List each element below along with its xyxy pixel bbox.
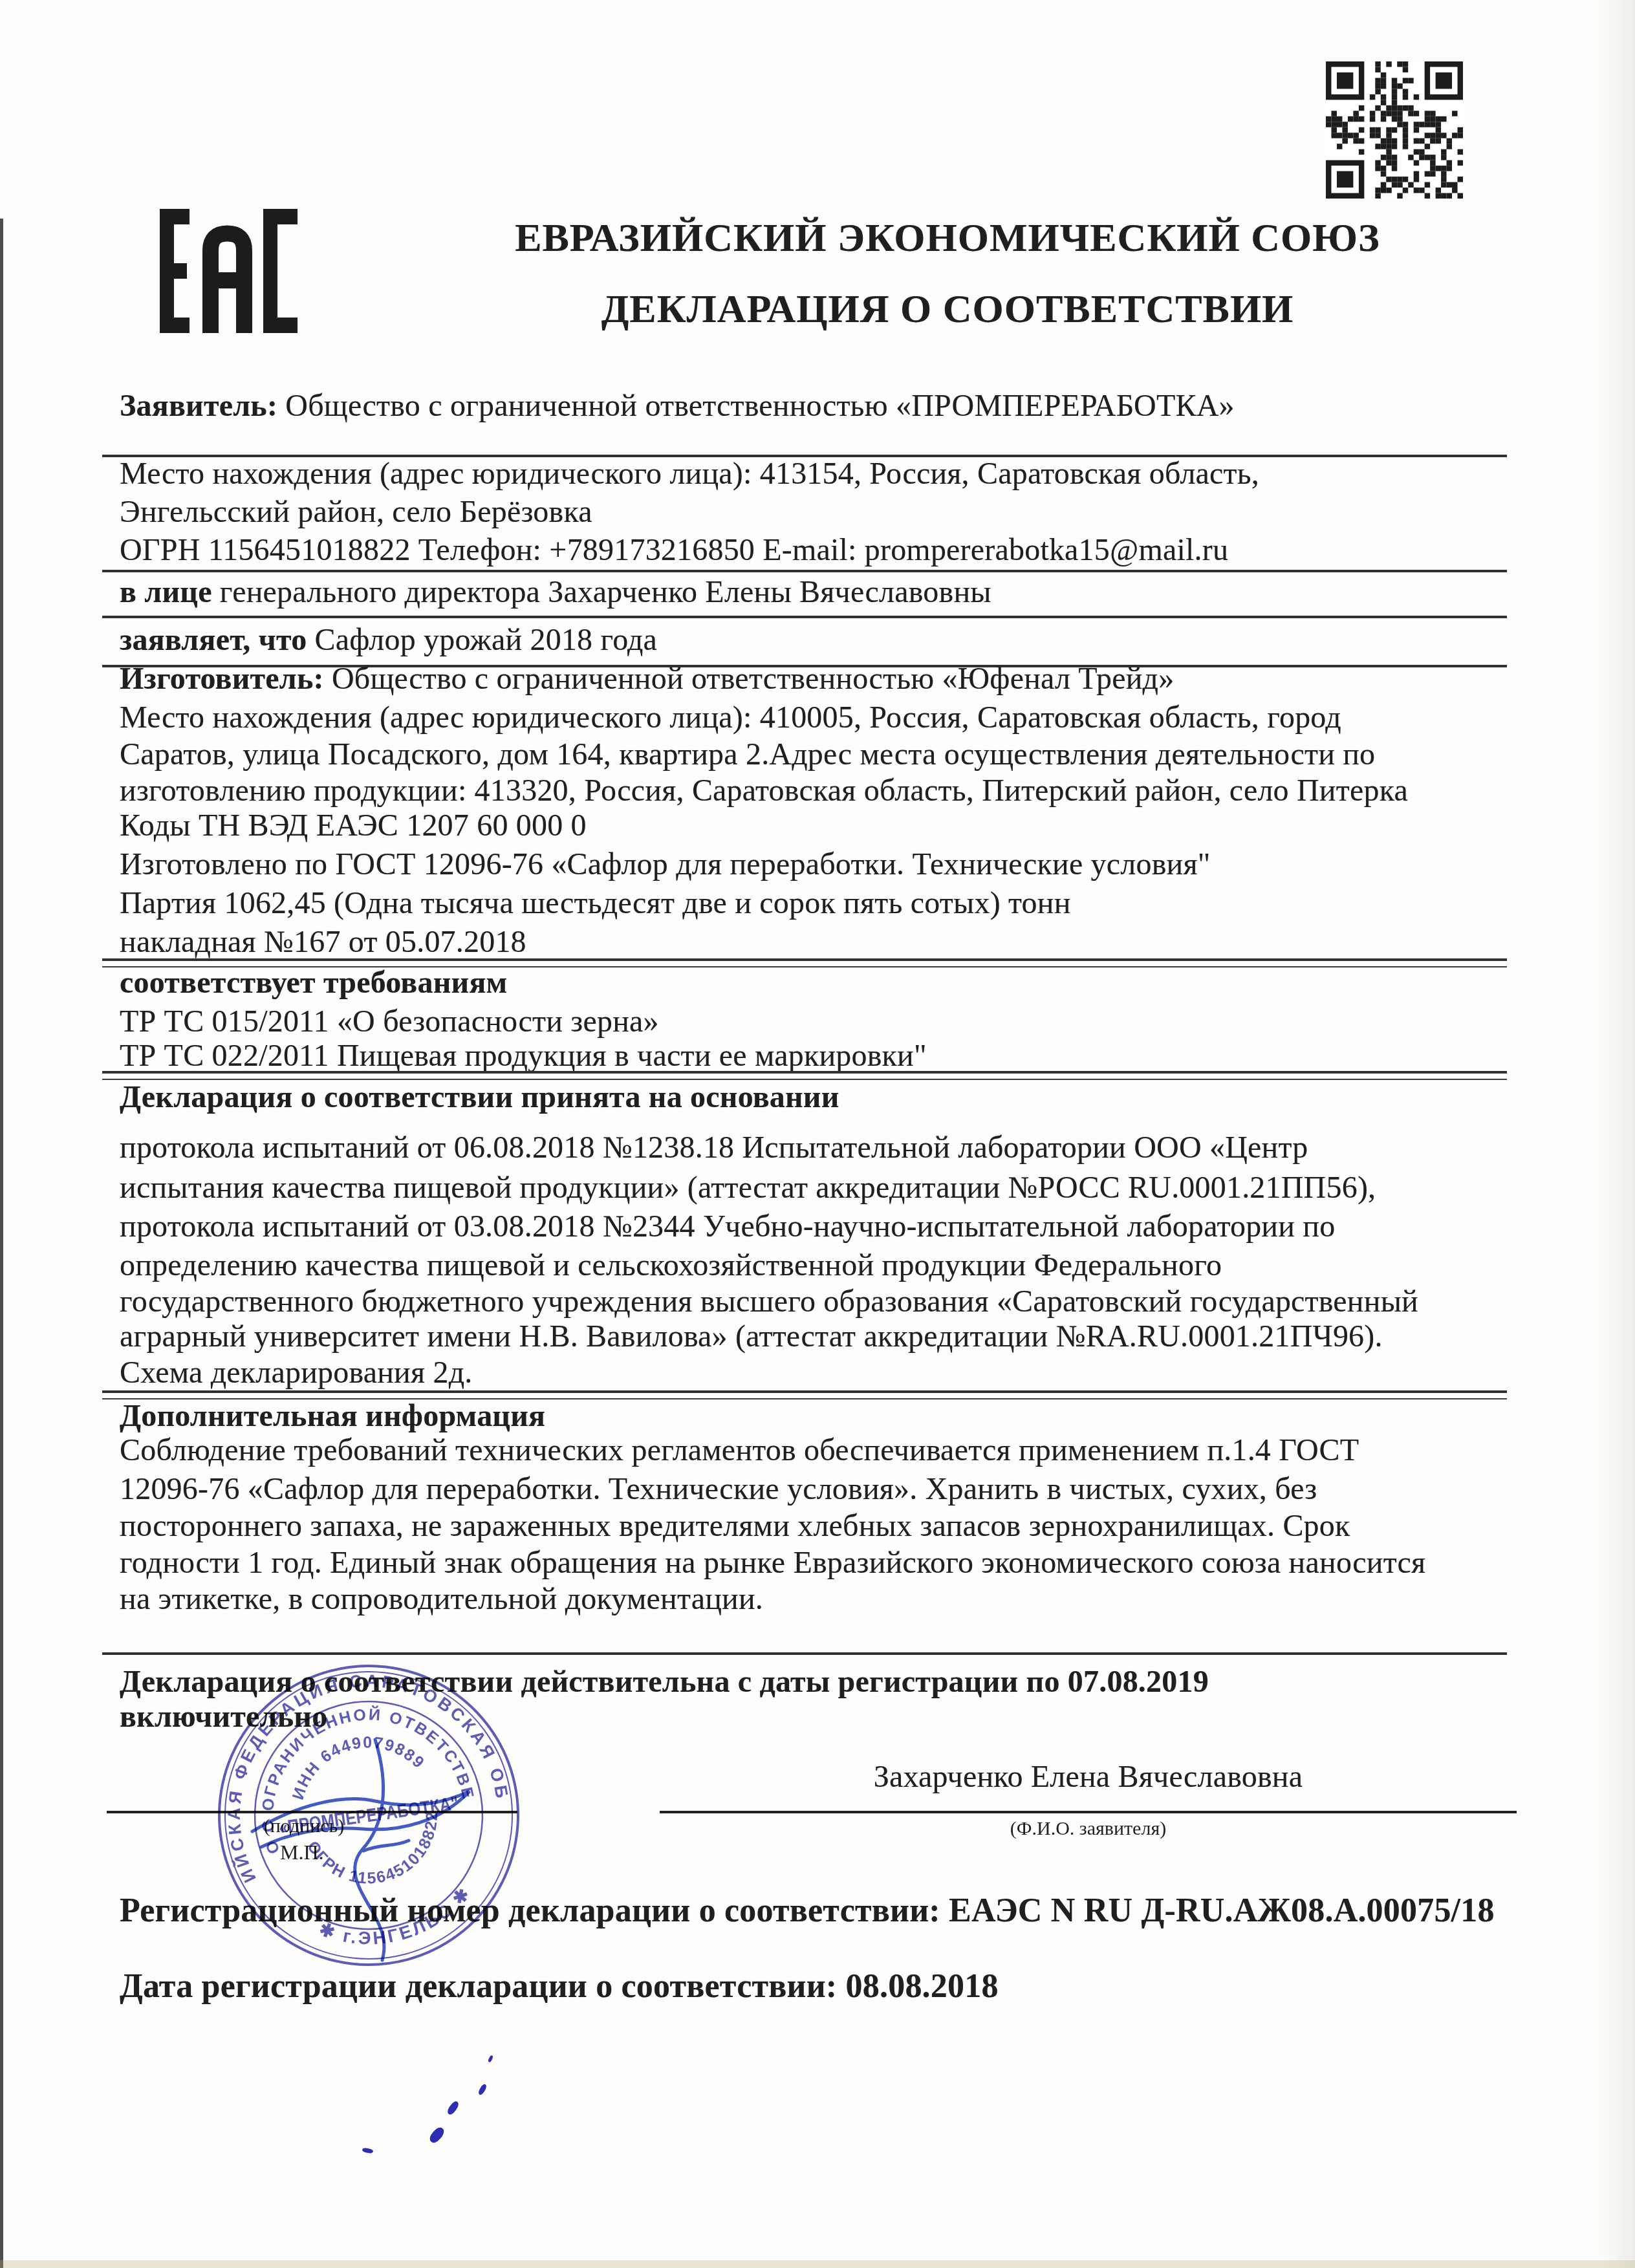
- declares-line: заявляет, что Сафлор урожай 2018 года: [120, 621, 657, 660]
- invoice-line: накладная №167 от 05.07.2018: [120, 923, 526, 962]
- manufacturer-address-2: Саратов, улица Посадского, дом 164, квар…: [120, 735, 1375, 774]
- basis-line-1: протокола испытаний от 06.08.2018 №1238.…: [120, 1129, 1308, 1167]
- applicant-address-1: Место нахождения (адрес юридического лиц…: [120, 455, 1259, 493]
- manufacturer-line: Изготовитель: Общество с ограниченной от…: [120, 660, 1174, 698]
- divider: [102, 616, 1507, 618]
- in-person-value: генерального директора Захарченко Елены …: [212, 575, 991, 609]
- additional-line-3: постороннего запаха, не зараженных вреди…: [120, 1507, 1350, 1546]
- eac-logo-icon: [160, 209, 298, 333]
- ink-speck: [428, 2125, 446, 2144]
- registration-date-value: 08.08.2018: [837, 1968, 998, 2005]
- tr-ts-022: ТР ТС 022/2011 Пищевая продукция в части…: [120, 1037, 927, 1075]
- scan-shadow-right: [1597, 0, 1635, 2268]
- ink-speck: [488, 2055, 493, 2062]
- basis-line-5: государственного бюджетного учреждения в…: [120, 1282, 1418, 1321]
- basis-heading: Декларация о соответствии принята на осн…: [120, 1078, 839, 1117]
- registration-number-value: ЕАЭС N RU Д-RU.АЖ08.А.00075/18: [940, 1892, 1495, 1929]
- scan-edge-artifact: [0, 219, 3, 2268]
- batch-line: Партия 1062,45 (Одна тысяча шестьдесят д…: [120, 884, 1071, 923]
- manufacturer-label: Изготовитель:: [120, 662, 324, 696]
- scan-shadow-bottom: [0, 2260, 1635, 2268]
- fio-caption: (Ф.И.О. заявителя): [660, 1817, 1517, 1841]
- ink-speck: [446, 2100, 460, 2116]
- fio-line: [660, 1811, 1517, 1813]
- divider: [102, 570, 1507, 572]
- basis-line-3: протокола испытаний от 03.08.2018 №2344 …: [120, 1207, 1335, 1246]
- applicant-value: Общество с ограниченной ответственностью…: [277, 389, 1235, 423]
- manufacturer-value: Общество с ограниченной ответственностью…: [324, 662, 1175, 696]
- basis-line-2: испытания качества пищевой продукции» (а…: [120, 1169, 1376, 1207]
- additional-line-2: 12096-76 «Сафлор для переработки. Технич…: [120, 1470, 1317, 1509]
- compliance-heading: соответствует требованиям: [120, 964, 507, 1002]
- basis-line-4: определению качества пищевой и сельскохо…: [120, 1246, 1222, 1285]
- divider: [102, 1652, 1507, 1655]
- basis-line-6: аграрный университет имени Н.В. Вавилова…: [120, 1317, 1383, 1356]
- declares-value: Сафлор урожай 2018 года: [307, 623, 657, 657]
- applicant-label: Заявитель:: [120, 389, 277, 423]
- tnved-codes: Коды ТН ВЭД ЕАЭС 1207 60 000 0: [120, 806, 587, 845]
- manufacturer-address-1: Место нахождения (адрес юридического лиц…: [120, 698, 1341, 737]
- in-person-label: в лице: [120, 575, 212, 609]
- declares-label: заявляет, что: [120, 623, 307, 657]
- ink-speck: [477, 2083, 488, 2096]
- additional-line-1: Соблюдение требований технических реглам…: [120, 1431, 1359, 1470]
- declaration-document: ЕВРАЗИЙСКИЙ ЭКОНОМИЧЕСКИЙ СОЮЗ ДЕКЛАРАЦИ…: [0, 0, 1635, 2268]
- page-title-line1: ЕВРАЗИЙСКИЙ ЭКОНОМИЧЕСКИЙ СОЮЗ: [336, 215, 1559, 261]
- ink-speck: [362, 2148, 374, 2154]
- applicant-address-2: Энгельсский район, село Берёзовка: [120, 493, 592, 532]
- tr-ts-015: ТР ТС 015/2011 «О безопасности зерна»: [120, 1002, 659, 1041]
- qr-code-icon: [1326, 61, 1463, 199]
- in-person-line: в лице генерального директора Захарченко…: [120, 573, 991, 612]
- gost-line: Изготовлено по ГОСТ 12096-76 «Сафлор для…: [120, 845, 1211, 884]
- applicant-address-3: ОГРН 1156451018822 Телефон: +78917321685…: [120, 531, 1228, 570]
- additional-heading: Дополнительная информация: [120, 1397, 545, 1436]
- page-title-line2: ДЕКЛАРАЦИЯ О СООТВЕТСТВИИ: [336, 286, 1559, 332]
- additional-line-4: годности 1 год. Единый знак обращения на…: [120, 1544, 1425, 1582]
- applicant-line: Заявитель: Общество с ограниченной ответ…: [120, 387, 1235, 426]
- manufacturer-address-3: изготовлению продукции: 413320, Россия, …: [120, 772, 1408, 810]
- applicant-fio: Захарченко Елена Вячеславовна: [660, 1758, 1517, 1797]
- basis-line-7: Схема декларирования 2д.: [120, 1354, 472, 1392]
- handwritten-signature: [213, 1656, 537, 1979]
- additional-line-5: на этикетке, в сопроводительной документ…: [120, 1580, 763, 1619]
